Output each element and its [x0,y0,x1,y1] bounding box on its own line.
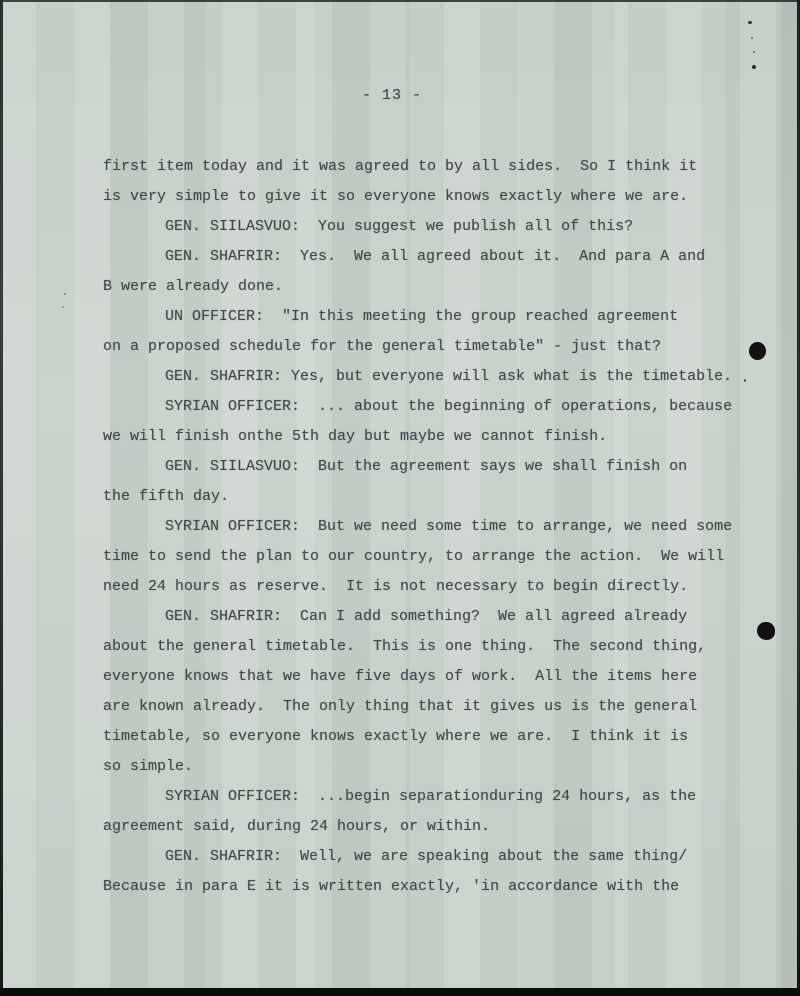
text-line: everyone knows that we have five days of… [103,662,783,692]
ink-speck [64,293,66,295]
text-line: GEN. SHAFRIR: Yes, but everyone will ask… [103,362,783,392]
text-line: SYRIAN OFFICER: But we need some time to… [103,512,783,542]
text-line: agreement said, during 24 hours, or with… [103,812,783,842]
ink-speck [744,379,746,382]
scan-edge-left [0,0,3,996]
text-line: timetable, so everyone knows exactly whe… [103,722,783,752]
ink-speck [753,51,755,53]
text-line: are known already. The only thing that i… [103,692,783,722]
text-line: GEN. SHAFRIR: Yes. We all agreed about i… [103,242,783,272]
ink-speck [748,21,752,24]
ink-speck [751,37,753,39]
text-line: time to send the plan to our country, to… [103,542,783,572]
text-line: SYRIAN OFFICER: ... about the beginning … [103,392,783,422]
text-line: is very simple to give it so everyone kn… [103,182,783,212]
scan-edge-top [0,0,800,2]
text-line: SYRIAN OFFICER: ...begin separationdurin… [103,782,783,812]
text-line: GEN. SIILASVUO: You suggest we publish a… [103,212,783,242]
text-line: so simple. [103,752,783,782]
text-line: Because in para E it is written exactly,… [103,872,783,902]
hole-punch-mark [749,342,766,360]
text-line: we will finish onthe 5th day but maybe w… [103,422,783,452]
text-line: GEN. SHAFRIR: Can I add something? We al… [103,602,783,632]
scanned-document-page: - 13 - first item today and it was agree… [0,0,800,996]
page-number: - 13 - [0,85,784,107]
text-line: first item today and it was agreed to by… [103,152,783,182]
text-line: B were already done. [103,272,783,302]
scan-edge-bottom [0,988,800,996]
ink-speck [62,306,64,308]
ink-speck [752,65,756,69]
text-line: the fifth day. [103,482,783,512]
scan-shade-band [781,0,797,996]
text-line: about the general timetable. This is one… [103,632,783,662]
text-line: GEN. SIILASVUO: But the agreement says w… [103,452,783,482]
text-line: need 24 hours as reserve. It is not nece… [103,572,783,602]
document-body: first item today and it was agreed to by… [103,152,783,902]
hole-punch-mark [757,622,775,640]
text-line: GEN. SHAFRIR: Well, we are speaking abou… [103,842,783,872]
text-line: on a proposed schedule for the general t… [103,332,783,362]
text-line: UN OFFICER: "In this meeting the group r… [103,302,783,332]
